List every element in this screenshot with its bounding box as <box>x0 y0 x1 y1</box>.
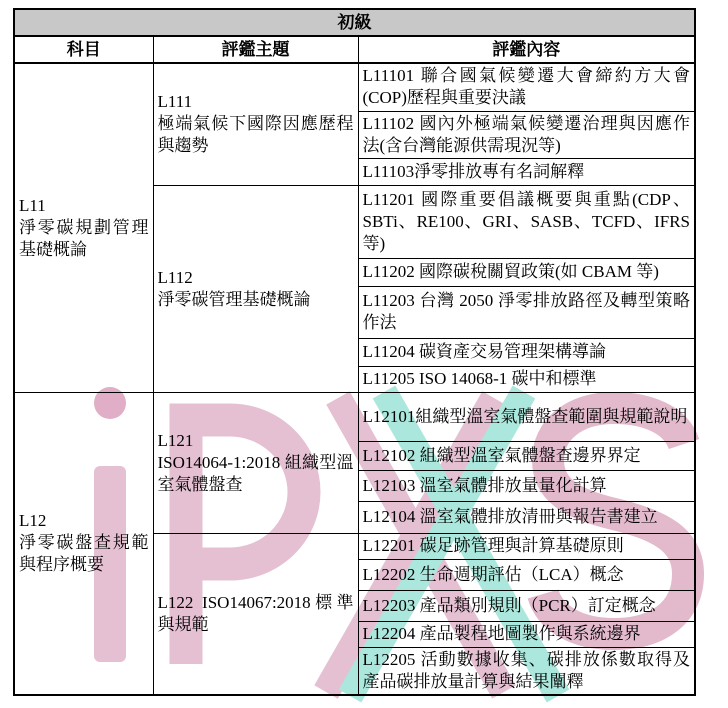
theme-cell-L112: L112 淨零碳管理基礎概論 <box>153 185 358 392</box>
assessment-table: 初級 科目 評鑑主題 評鑑內容 L11 淨零碳規劃管理基礎概論 L111 極端氣… <box>13 8 696 696</box>
content-item-L12205: L12205 活動數據收集、碳排放係數取得及產品碳排放量計算與結果闡釋 <box>358 647 695 695</box>
document-page: 初級 科目 評鑑主題 評鑑內容 L11 淨零碳規劃管理基礎概論 L111 極端氣… <box>0 0 728 708</box>
subject-cell-L11: L11 淨零碳規劃管理基礎概論 <box>14 63 153 392</box>
content-item-L12201: L12201 碳足跡管理與計算基礎原則 <box>358 533 695 559</box>
content-item-L11103: L11103淨零排放專有名詞解釋 <box>358 158 695 185</box>
table-row: L11 淨零碳規劃管理基礎概論 L111 極端氣候下國際因應歷程與趨勢 L111… <box>14 63 695 111</box>
table-row: 科目 評鑑主題 評鑑內容 <box>14 36 695 63</box>
content-item-L11101: L11101 聯合國氣候變遷大會締約方大會(COP)歷程與重要決議 <box>358 63 695 111</box>
table-row: 初級 <box>14 9 695 36</box>
theme-cell-L122: L122 ISO14067:2018標準與規範 <box>153 533 358 695</box>
level-title: 初級 <box>14 9 695 36</box>
content-item-L12101: L12101組織型溫室氣體盤查範圍與規範說明 <box>358 392 695 441</box>
content-item-L11201: L11201 國際重要倡議概要與重點(CDP、SBTi、RE100、GRI、SA… <box>358 185 695 258</box>
content-item-L11202: L11202 國際碳稅關貿政策(如 CBAM 等) <box>358 258 695 286</box>
subject-cell-L12: L12 淨零碳盤查規範與程序概要 <box>14 392 153 695</box>
theme-cell-L121: L121 ISO14064-1:2018 組織型溫室氣體盤查 <box>153 392 358 533</box>
content-item-L11102: L11102 國內外極端氣候變遷治理與因應作法(含台灣能源供需現況等) <box>358 111 695 158</box>
content-item-L12104: L12104 溫室氣體排放清冊與報告書建立 <box>358 501 695 533</box>
col-header-theme: 評鑑主題 <box>153 36 358 63</box>
col-header-subject: 科目 <box>14 36 153 63</box>
col-header-content: 評鑑內容 <box>358 36 695 63</box>
content-item-L12103: L12103 溫室氣體排放量量化計算 <box>358 470 695 501</box>
content-item-L12202: L12202 生命週期評估（LCA）概念 <box>358 559 695 590</box>
content-item-L12204: L12204 產品製程地圖製作與系統邊界 <box>358 621 695 647</box>
content-item-L11204: L11204 碳資產交易管理架構導論 <box>358 338 695 366</box>
content-item-L12203: L12203 產品類別規則（PCR）訂定概念 <box>358 590 695 621</box>
content-item-L11205: L11205 ISO 14068-1 碳中和標準 <box>358 366 695 392</box>
content-item-L12102: L12102 組織型溫室氣體盤查邊界界定 <box>358 441 695 470</box>
table-row: L12 淨零碳盤查規範與程序概要 L121 ISO14064-1:2018 組織… <box>14 392 695 441</box>
content-item-L11203: L11203 台灣 2050 淨零排放路徑及轉型策略作法 <box>358 286 695 338</box>
theme-cell-L111: L111 極端氣候下國際因應歷程與趨勢 <box>153 63 358 185</box>
